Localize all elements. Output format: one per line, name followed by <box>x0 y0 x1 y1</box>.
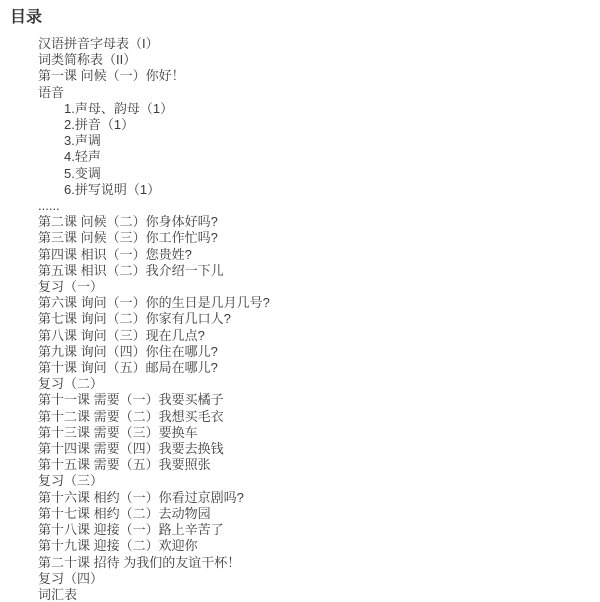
toc-item: 6.拼写说明（1） <box>10 182 590 198</box>
toc-item: 第四课 相识（一）您贵姓? <box>10 247 590 263</box>
toc-item: 第十七课 相约（二）去动物园 <box>10 506 590 522</box>
toc-item: 复习（三） <box>10 473 590 489</box>
toc-list: 汉语拼音字母表（I）词类简称表（II）第一课 问候（一）你好！语音1.声母、韵母… <box>10 36 590 602</box>
toc-item: 第七课 询问（二）你家有几口人? <box>10 311 590 327</box>
toc-item: 1.声母、韵母（1） <box>10 101 590 117</box>
toc-item: 第十九课 迎接（二）欢迎你 <box>10 538 590 554</box>
toc-item: 第六课 询问（一）你的生日是几月几号? <box>10 295 590 311</box>
toc-item: 第八课 询问（三）现在几点? <box>10 328 590 344</box>
toc-item: 第十一课 需要（一）我要买橘子 <box>10 392 590 408</box>
toc-item: 第十三课 需要（三）要换车 <box>10 425 590 441</box>
page-title: 目录 <box>10 8 590 27</box>
toc-item: 第二十课 招待 为我们的友谊干杯！ <box>10 555 590 571</box>
toc-page: 目录 汉语拼音字母表（I）词类简称表（II）第一课 问候（一）你好！语音1.声母… <box>0 0 600 602</box>
toc-item: 第十六课 相约（一）你看过京剧吗? <box>10 490 590 506</box>
toc-item: 第二课 问候（二）你身体好吗? <box>10 214 590 230</box>
toc-item: 复习（一） <box>10 279 590 295</box>
toc-item: 第三课 问候（三）你工作忙吗? <box>10 230 590 246</box>
toc-item: 第十课 询问（五）邮局在哪儿? <box>10 360 590 376</box>
toc-item: 2.拼音（1） <box>10 117 590 133</box>
toc-item: 词类简称表（II） <box>10 52 590 68</box>
toc-item: 语音 <box>10 85 590 101</box>
toc-item: 词汇表 <box>10 587 590 602</box>
toc-item: 3.声调 <box>10 133 590 149</box>
toc-item: 汉语拼音字母表（I） <box>10 36 590 52</box>
toc-item: 第十二课 需要（二）我想买毛衣 <box>10 409 590 425</box>
toc-item: 第五课 相识（二）我介绍一下儿 <box>10 263 590 279</box>
toc-item: 复习（二） <box>10 376 590 392</box>
toc-item: 复习（四） <box>10 571 590 587</box>
toc-item: 第十八课 迎接（一）路上辛苦了 <box>10 522 590 538</box>
toc-item: ...... <box>10 198 590 214</box>
toc-item: 第十四课 需要（四）我要去换钱 <box>10 441 590 457</box>
toc-item: 第九课 询问（四）你住在哪儿? <box>10 344 590 360</box>
toc-item: 第一课 问候（一）你好！ <box>10 68 590 84</box>
toc-item: 4.轻声 <box>10 149 590 165</box>
toc-item: 5.变调 <box>10 166 590 182</box>
toc-item: 第十五课 需要（五）我要照张 <box>10 457 590 473</box>
